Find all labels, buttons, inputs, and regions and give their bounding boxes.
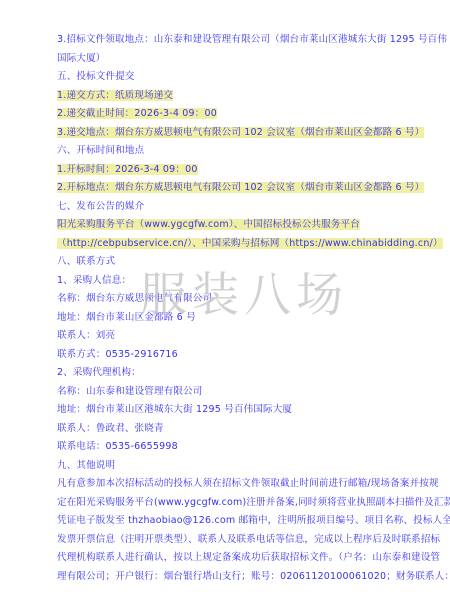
doc-line: 定在阳光采购服务平台(www.ygcgfw.com)注册并备案,同时须将营业执照… <box>57 494 424 513</box>
section-heading-text: 九、其他说明 <box>57 460 115 471</box>
doc-line: 凭证电子版发至 thzhaobiao@126.com 邮箱中，注明所报项目编号、… <box>57 512 424 531</box>
highlighted-text: （http://cebpubservice.cn/）、中国采购与招标网（http… <box>57 238 443 249</box>
section-heading-contact: 八、联系方式 <box>57 253 424 272</box>
doc-line: 2.递交截止时间：2026-3-4 09：00 <box>57 105 424 124</box>
agency-name-line: 名称：山东泰和建设管理有限公司 <box>57 383 424 402</box>
doc-line: 1、采购人信息： <box>57 272 424 291</box>
document-body: 3.招标文件领取地点：山东泰和建设管理有限公司（烟台市莱山区港城东大街 1295… <box>57 31 424 586</box>
doc-line: 理有限公司；开户银行：烟台银行塔山支行；账号：02061120100061020… <box>57 568 424 587</box>
doc-line: （http://cebpubservice.cn/）、中国采购与招标网（http… <box>57 235 424 254</box>
highlighted-text: 3.递交地点：烟台东方威思顿电气有限公司 102 会议室（烟台市莱山区金都路 6… <box>57 127 424 138</box>
doc-line-text: 名称：山东泰和建设管理有限公司 <box>57 386 203 397</box>
highlighted-text: 阳光采购服务平台（www.ygcgfw.com）、中国招标投标公共服务平台 <box>57 219 360 230</box>
doc-line-text: 名称：烟台东方威思顿电气有限公司 <box>57 293 212 304</box>
doc-line-text: 2、采购代理机构： <box>57 367 141 378</box>
section-heading-text: 六、开标时间和地点 <box>57 145 144 156</box>
document-page: 3.招标文件领取地点：山东泰和建设管理有限公司（烟台市莱山区港城东大街 1295… <box>0 0 450 600</box>
doc-line-text: 理有限公司；开户银行：烟台银行塔山支行；账号：02061120100061020… <box>57 571 450 582</box>
purchaser-address-line: 地址：烟台市莱山区金都路 6 号 <box>57 309 424 328</box>
doc-line: 3.招标文件领取地点：山东泰和建设管理有限公司（烟台市莱山区港城东大街 1295… <box>57 31 424 50</box>
doc-line-text: 地址：烟台市莱山区金都路 6 号 <box>57 312 196 323</box>
doc-line: 凡有意参加本次招标活动的投标人须在招标文件领取截止时间前进行邮箱/现场备案并按规 <box>57 475 424 494</box>
agency-contact-line: 联系人：鲁政君、张晓青 <box>57 420 424 439</box>
section-heading-text: 五、投标文件提交 <box>57 71 135 82</box>
highlighted-text: 2.递交截止时间：2026-3-4 09：00 <box>57 108 217 119</box>
section-heading-text: 八、联系方式 <box>57 256 115 267</box>
doc-line-text: 地址：烟台市莱山区港城东大街 1295 号百伟国际大厦 <box>57 404 292 415</box>
section-heading-bid-opening: 六、开标时间和地点 <box>57 142 424 161</box>
doc-line-text: 3.招标文件领取地点：山东泰和建设管理有限公司（烟台市莱山区港城东大街 1295… <box>57 34 447 45</box>
doc-line: 阳光采购服务平台（www.ygcgfw.com）、中国招标投标公共服务平台 <box>57 216 424 235</box>
doc-line: 国际大厦） <box>57 50 424 69</box>
highlighted-text: 1.开标时间：2026-3-4 09：00 <box>57 164 198 175</box>
doc-line: 2、采购代理机构： <box>57 364 424 383</box>
doc-line-text: 联系人：刘亮 <box>57 330 115 341</box>
agency-phone-line: 联系电话：0535-6655998 <box>57 438 424 457</box>
doc-line: 2.开标地点：烟台东方威思顿电气有限公司 102 会议室（烟台市莱山区金都路 6… <box>57 179 424 198</box>
highlighted-text: 2.开标地点：烟台东方威思顿电气有限公司 102 会议室（烟台市莱山区金都路 6… <box>57 182 424 193</box>
doc-line: 发票开票信息（注明开票类型）、联系人及联系电话等信息，完成以上程序后及时联系招标 <box>57 531 424 550</box>
doc-line-text: 联系方式：0535-2916716 <box>57 349 178 360</box>
section-heading-submission: 五、投标文件提交 <box>57 68 424 87</box>
purchaser-phone-line: 联系方式：0535-2916716 <box>57 346 424 365</box>
section-heading-media: 七、发布公告的媒介 <box>57 198 424 217</box>
agency-address-line: 地址：烟台市莱山区港城东大街 1295 号百伟国际大厦 <box>57 401 424 420</box>
doc-line: 1.开标时间：2026-3-4 09：00 <box>57 161 424 180</box>
doc-line-text: 凭证电子版发至 thzhaobiao@126.com 邮箱中，注明所报项目编号、… <box>57 515 450 526</box>
doc-line: 代理机构联系人进行确认，按以上规定备案成功后获取招标文件。（户名：山东泰和建设管 <box>57 549 424 568</box>
section-heading-text: 七、发布公告的媒介 <box>57 201 144 212</box>
doc-line-text: 凡有意参加本次招标活动的投标人须在招标文件领取截止时间前进行邮箱/现场备案并按规 <box>57 478 439 489</box>
doc-line-text: 联系电话：0535-6655998 <box>57 441 178 452</box>
doc-line-text: 国际大厦） <box>57 53 106 64</box>
doc-line-text: 发票开票信息（注明开票类型）、联系人及联系电话等信息，完成以上程序后及时联系招标 <box>57 534 440 545</box>
doc-line-text: 联系人：鲁政君、张晓青 <box>57 423 164 434</box>
doc-line-text: 1、采购人信息： <box>57 275 131 286</box>
highlighted-text: 1.递交方式：纸质现场递交 <box>57 90 173 101</box>
section-heading-other: 九、其他说明 <box>57 457 424 476</box>
doc-line-text: 代理机构联系人进行确认，按以上规定备案成功后获取招标文件。（户名：山东泰和建设管 <box>57 552 440 563</box>
purchaser-name-line: 名称：烟台东方威思顿电气有限公司 <box>57 290 424 309</box>
doc-line-text: 定在阳光采购服务平台(www.ygcgfw.com)注册并备案,同时须将营业执照… <box>57 497 450 508</box>
purchaser-contact-line: 联系人：刘亮 <box>57 327 424 346</box>
doc-line: 1.递交方式：纸质现场递交 <box>57 87 424 106</box>
doc-line: 3.递交地点：烟台东方威思顿电气有限公司 102 会议室（烟台市莱山区金都路 6… <box>57 124 424 143</box>
